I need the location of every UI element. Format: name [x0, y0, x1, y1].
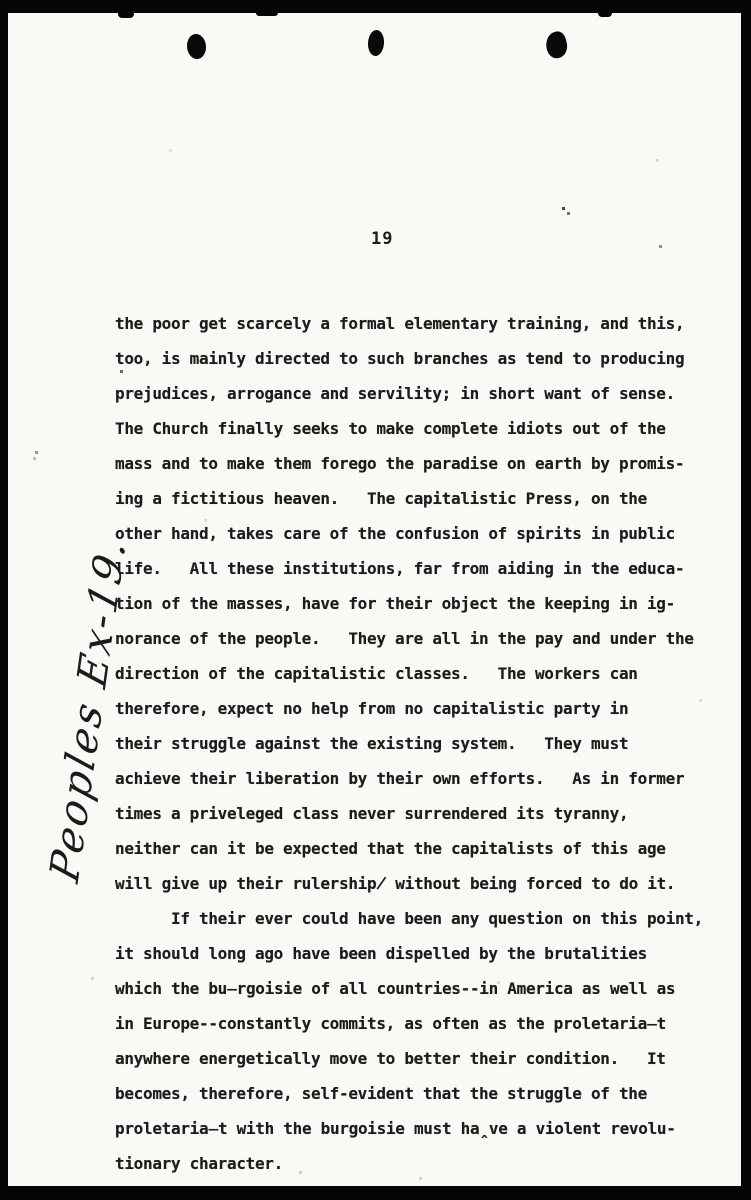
text-line: the poor get scarcely a formal elementar… — [115, 306, 740, 341]
scan-speckles — [0, 0, 1, 1]
document-page: 19 Peoples Ex-19. the poor get scarcely … — [0, 0, 751, 1200]
punch-hole-dot — [367, 29, 385, 56]
document-body: the poor get scarcely a formal elementar… — [115, 306, 740, 1181]
text-line: norance of the people. They are all in t… — [115, 621, 740, 656]
text-line: achieve their liberation by their own ef… — [115, 761, 740, 796]
text-line: times a priveleged class never surrender… — [115, 796, 740, 831]
text-line: in Europe--constantly commits, as often … — [115, 1006, 740, 1041]
text-line: other hand, takes care of the confusion … — [115, 516, 740, 551]
text-line: direction of the capitalistic classes. T… — [115, 656, 740, 691]
text-line: too, is mainly directed to such branches… — [115, 341, 740, 376]
text-line: proletaria̶t with the burgoisie must ha̭… — [115, 1111, 740, 1146]
text-line: will give up their rulership̸ without be… — [115, 866, 740, 901]
text-line: mass and to make them forego the paradis… — [115, 446, 740, 481]
scan-border-bottom — [0, 1186, 751, 1200]
text-line: tionary character. — [115, 1146, 740, 1181]
text-line: their struggle against the existing syst… — [115, 726, 740, 761]
text-line: tion of the masses, have for their objec… — [115, 586, 740, 621]
page-number: 19 — [371, 229, 393, 249]
punch-hole-dot — [186, 33, 207, 60]
scan-border-ragged-edge — [256, 13, 278, 16]
scan-border-left — [0, 13, 8, 1187]
text-line: it should long ago have been dispelled b… — [115, 936, 740, 971]
text-line: becomes, therefore, self-evident that th… — [115, 1076, 740, 1111]
scan-border-ragged-edge — [598, 13, 612, 17]
text-line: which the bu̶rgoisie of all countries--i… — [115, 971, 740, 1006]
text-line: neither can it be expected that the capi… — [115, 831, 740, 866]
text-line: life. All these institutions, far from a… — [115, 551, 740, 586]
text-line: anywhere energetically move to better th… — [115, 1041, 740, 1076]
punch-hole-dot — [543, 30, 570, 61]
text-line: If their ever could have been any questi… — [115, 901, 740, 936]
scan-border-right — [741, 13, 751, 1187]
scan-border-top — [0, 0, 751, 13]
text-line: ing a fictitious heaven. The capitalisti… — [115, 481, 740, 516]
scan-border-ragged-edge — [118, 13, 134, 18]
text-line: The Church finally seeks to make complet… — [115, 411, 740, 446]
text-line: prejudices, arrogance and servility; in … — [115, 376, 740, 411]
text-line: therefore, expect no help from no capita… — [115, 691, 740, 726]
